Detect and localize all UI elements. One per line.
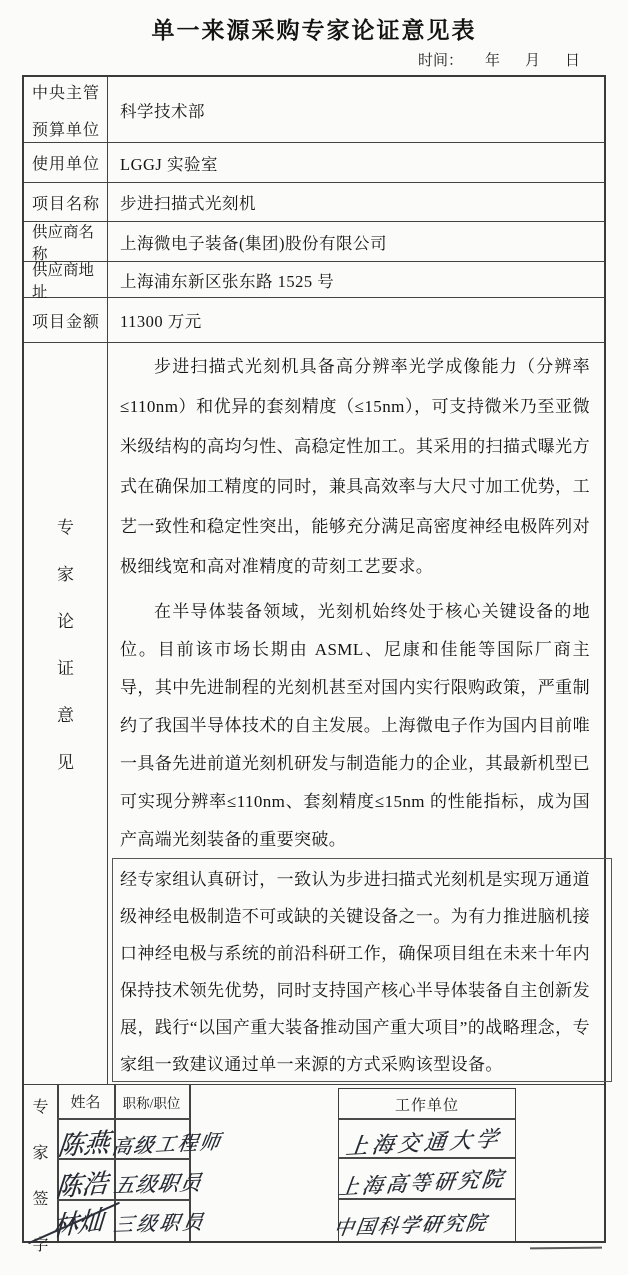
opinion-label-char: 意 bbox=[57, 701, 74, 726]
label-cell: 供应商地址 bbox=[24, 262, 108, 297]
opinion-row: 专 家 论 证 意 见 步进扫描式光刻机具备高分辨率光学成像能力（分辨率≤110… bbox=[24, 343, 604, 1085]
opinion-label-char: 证 bbox=[57, 654, 74, 679]
table-row: 供应商名称 上海微电子装备(集团)股份有限公司 bbox=[24, 222, 604, 262]
handwritten-unit: 中国科学研究院 bbox=[332, 1206, 490, 1241]
opinion-label-char: 见 bbox=[57, 748, 74, 773]
table-row: 项目名称 步进扫描式光刻机 bbox=[24, 183, 604, 222]
label-line1: 中央主管 bbox=[32, 80, 100, 103]
time-label: 时间： bbox=[418, 49, 463, 70]
signature-section: 专 家 签 字 姓名 职称/职位 bbox=[24, 1085, 604, 1241]
value-cell: 科学技术部 bbox=[108, 77, 604, 142]
label-cell: 项目金额 bbox=[24, 298, 108, 342]
opinion-label-char: 专 bbox=[57, 513, 74, 538]
label-cell: 项目名称 bbox=[24, 183, 108, 221]
page-title: 单一来源采购专家论证意见表 bbox=[0, 12, 628, 45]
opinion-paragraph-3: 经专家组认真研讨，一致认为步进扫描式光刻机是实现万通道级神经电极制造不可或缺的关… bbox=[120, 861, 590, 1083]
opinion-label-char: 论 bbox=[57, 607, 74, 632]
value-cell: 上海浦东新区张东路 1525 号 bbox=[108, 262, 604, 297]
opinion-paragraph-1: 步进扫描式光刻机具备高分辨率光学成像能力（分辨率≤110nm）和优异的套刻精度（… bbox=[120, 347, 590, 587]
time-line: 时间： 年 月 日 bbox=[418, 49, 580, 70]
form-table: 中央主管 预算单位 科学技术部 使用单位 LGGJ 实验室 项目名称 步进扫描式… bbox=[22, 75, 606, 1243]
day-label: 日 bbox=[565, 49, 580, 70]
value-cell: 11300 万元 bbox=[108, 298, 604, 342]
label-line2: 预算单位 bbox=[32, 117, 100, 140]
year-label: 年 bbox=[485, 49, 500, 70]
opinion-vertical-label: 专 家 论 证 意 见 bbox=[24, 343, 108, 1084]
handwritten-name: 陈燕 bbox=[56, 1122, 112, 1163]
signature-label-char: 专 bbox=[32, 1094, 48, 1117]
label-cell: 中央主管 预算单位 bbox=[24, 77, 108, 142]
value-cell: LGGJ 实验室 bbox=[108, 143, 604, 182]
month-label: 月 bbox=[525, 49, 540, 70]
title-column-header: 职称/职位 bbox=[114, 1085, 189, 1118]
opinion-text: 步进扫描式光刻机具备高分辨率光学成像能力（分辨率≤110nm）和优异的套刻精度（… bbox=[108, 343, 604, 1084]
label-cell: 供应商名称 bbox=[24, 222, 108, 261]
handwritten-title: 高级工程师 bbox=[110, 1125, 224, 1160]
table-row: 供应商地址 上海浦东新区张东路 1525 号 bbox=[24, 262, 604, 298]
value-cell: 步进扫描式光刻机 bbox=[108, 183, 604, 221]
signature-label-char: 家 bbox=[32, 1140, 48, 1163]
table-row: 使用单位 LGGJ 实验室 bbox=[24, 143, 604, 183]
table-row: 中央主管 预算单位 科学技术部 bbox=[24, 77, 604, 143]
handwritten-name: 陈浩 bbox=[54, 1163, 109, 1205]
name-column-header: 姓名 bbox=[57, 1085, 114, 1118]
opinion-label-char: 家 bbox=[57, 560, 74, 585]
opinion-paragraph-2: 在半导体装备领域，光刻机始终处于核心关键设备的地位。目前该市场长期由 ASML、… bbox=[120, 593, 590, 859]
label-cell: 使用单位 bbox=[24, 143, 108, 182]
table-row: 项目金额 11300 万元 bbox=[24, 298, 604, 343]
signature-label-char: 签 bbox=[32, 1186, 48, 1209]
value-cell: 上海微电子装备(集团)股份有限公司 bbox=[108, 222, 604, 261]
scan-artifact-line bbox=[530, 1247, 602, 1249]
scanned-form-page: 单一来源采购专家论证意见表 时间： 年 月 日 中央主管 预算单位 科学技术部 … bbox=[0, 0, 628, 1275]
grid-line bbox=[339, 1118, 515, 1120]
unit-column-header: 工作单位 bbox=[339, 1089, 515, 1119]
handwritten-title: 五级职员 bbox=[111, 1166, 204, 1199]
grid-line bbox=[57, 1118, 190, 1120]
handwritten-title: 三级职员 bbox=[111, 1205, 208, 1237]
